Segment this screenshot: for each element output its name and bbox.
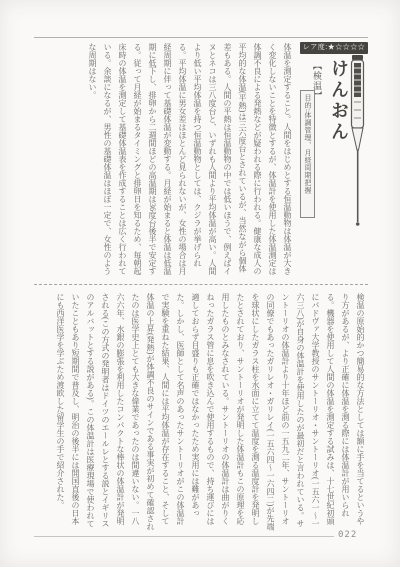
page-number: 022 bbox=[338, 530, 357, 540]
footer-rule bbox=[34, 536, 334, 537]
entry-header: レア度:★☆☆☆☆ けんおん 【検温】 目的:体調管理、月経周期把握 bbox=[300, 42, 368, 282]
thermometer-icon bbox=[348, 54, 368, 229]
scanned-book-page: レア度:★☆☆☆☆ けんおん 【検温】 目的:体調管理、月経周期把握 bbox=[0, 0, 400, 567]
bottom-section-text: 検温の原始的かつ簡易的な方法としては額に手を当てるというやり方があるが、より正確… bbox=[35, 293, 368, 532]
purpose-box: 目的:体調管理、月経周期把握 bbox=[300, 90, 315, 218]
rarity-badge: レア度:★☆☆☆☆ bbox=[300, 42, 368, 54]
top-rule bbox=[34, 37, 368, 38]
purpose-label: 目的:体調管理、月経周期把握 bbox=[302, 94, 314, 214]
top-section-text: 体温を測定すること。人間をはじめとする恒温動物は体温が大きく変化しないことを特徴… bbox=[35, 43, 295, 280]
section-divider bbox=[34, 284, 368, 285]
